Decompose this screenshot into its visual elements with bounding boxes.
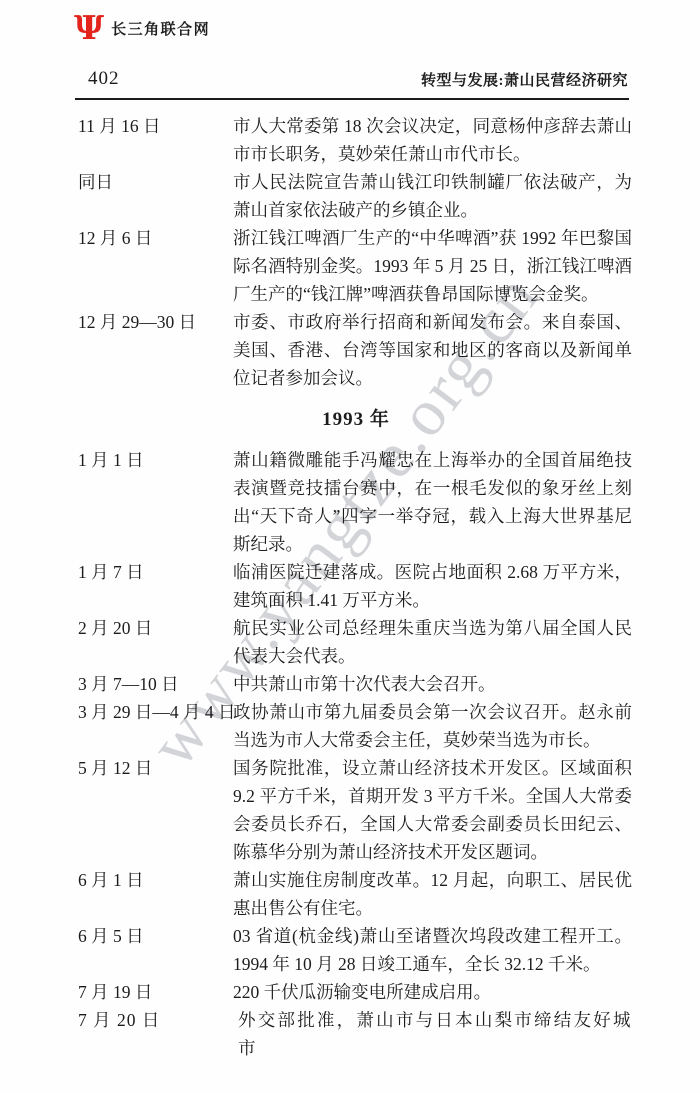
entry-date: 7 月 19 日 — [78, 978, 233, 1006]
chronicle-entry: 1 月 1 日 萧山籍微雕能手冯耀忠在上海举办的全国首届绝技表演暨竞技擂台赛中，… — [78, 446, 634, 558]
entry-date: 6 月 5 日 — [78, 922, 233, 950]
chronicle-entry: 12 月 29—30 日 市委、市政府举行招商和新闻发布会。来自泰国、美国、香港… — [78, 308, 634, 392]
entry-text: 市人民法院宣告萧山钱江印铁制罐厂依法破产，为萧山首家依法破产的乡镇企业。 — [233, 168, 632, 224]
entry-text: 市人大常委第 18 次会议决定，同意杨仲彦辞去萧山市市长职务，莫妙荣任萧山市代市… — [233, 112, 632, 168]
entry-text: 萧山实施住房制度改革。12 月起，向职工、居民优惠出售公有住宅。 — [233, 866, 632, 922]
entry-date: 3 月 29 日—4 月 4 日 — [78, 698, 233, 726]
header-rule — [75, 98, 629, 100]
entry-text: 航民实业公司总经理朱重庆当选为第八届全国人民代表大会代表。 — [233, 614, 632, 670]
chronicle-entry: 1 月 7 日 临浦医院迁建落成。医院占地面积 2.68 万平方米，建筑面积 1… — [78, 558, 634, 614]
entry-text: 外交部批准，萧山市与日本山梨市缔结友好城市 — [233, 1006, 632, 1062]
entry-text: 政协萧山市第九届委员会第一次会议召开。赵永前当选为市人大常委会主任，莫妙荣当选为… — [233, 698, 632, 754]
chronicle-entry: 2 月 20 日 航民实业公司总经理朱重庆当选为第八届全国人民代表大会代表。 — [78, 614, 634, 670]
chronicle-entry: 7 月 20 日 外交部批准，萧山市与日本山梨市缔结友好城市 — [78, 1006, 634, 1062]
chronicle-entry: 11 月 16 日 市人大常委第 18 次会议决定，同意杨仲彦辞去萧山市市长职务… — [78, 112, 634, 168]
entry-text: 浙江钱江啤酒厂生产的“中华啤酒”获 1992 年巴黎国际名酒特别金奖。1993 … — [233, 224, 632, 308]
entry-date: 7 月 20 日 — [78, 1006, 233, 1034]
entry-date: 2 月 20 日 — [78, 614, 233, 642]
entry-date: 1 月 1 日 — [78, 446, 233, 474]
running-head: 402 转型与发展:萧山民营经济研究 — [88, 62, 628, 90]
logo-label: 长三角联合网 — [111, 18, 210, 39]
entry-date: 12 月 6 日 — [78, 224, 233, 252]
entry-text: 萧山籍微雕能手冯耀忠在上海举办的全国首届绝技表演暨竞技擂台赛中，在一根毛发似的象… — [233, 446, 632, 558]
chronicle-entry: 6 月 5 日 03 省道(杭金线)萧山至诸暨次坞段改建工程开工。1994 年 … — [78, 922, 634, 978]
entry-text: 国务院批准，设立萧山经济技术开发区。区域面积 9.2 平方千米，首期开发 3 平… — [233, 754, 632, 866]
scanned-book-page: Ψ 长三角联合网 402 转型与发展:萧山民营经济研究 www.yangtze.… — [0, 0, 700, 1093]
year-heading: 1993 年 — [78, 406, 634, 434]
chronicle-content: 11 月 16 日 市人大常委第 18 次会议决定，同意杨仲彦辞去萧山市市长职务… — [78, 112, 634, 1062]
chronicle-entry: 5 月 12 日 国务院批准，设立萧山经济技术开发区。区域面积 9.2 平方千米… — [78, 754, 634, 866]
logo-psi-icon: Ψ — [74, 10, 104, 46]
chronicle-entry: 12 月 6 日 浙江钱江啤酒厂生产的“中华啤酒”获 1992 年巴黎国际名酒特… — [78, 224, 634, 308]
book-title: 转型与发展:萧山民营经济研究 — [421, 69, 628, 90]
entry-text: 220 千伏瓜沥输变电所建成启用。 — [233, 978, 632, 1006]
chronicle-entry: 6 月 1 日 萧山实施住房制度改革。12 月起，向职工、居民优惠出售公有住宅。 — [78, 866, 634, 922]
site-logo[interactable]: Ψ 长三角联合网 — [74, 10, 210, 46]
entry-text: 市委、市政府举行招商和新闻发布会。来自泰国、美国、香港、台湾等国家和地区的客商以… — [233, 308, 632, 392]
entry-date: 1 月 7 日 — [78, 558, 233, 586]
entry-date: 同日 — [78, 168, 233, 196]
chronicle-entry: 同日 市人民法院宣告萧山钱江印铁制罐厂依法破产，为萧山首家依法破产的乡镇企业。 — [78, 168, 634, 224]
entry-text: 临浦医院迁建落成。医院占地面积 2.68 万平方米，建筑面积 1.41 万平方米… — [233, 558, 632, 614]
entry-date: 6 月 1 日 — [78, 866, 233, 894]
chronicle-entry: 7 月 19 日 220 千伏瓜沥输变电所建成启用。 — [78, 978, 634, 1006]
chronicle-entry: 3 月 29 日—4 月 4 日 政协萧山市第九届委员会第一次会议召开。赵永前当… — [78, 698, 634, 754]
page-number: 402 — [88, 68, 120, 90]
entry-date: 12 月 29—30 日 — [78, 308, 233, 336]
chronicle-entry: 3 月 7—10 日 中共萧山市第十次代表大会召开。 — [78, 670, 634, 698]
entry-date: 5 月 12 日 — [78, 754, 233, 782]
entry-date: 11 月 16 日 — [78, 112, 233, 140]
entry-text: 03 省道(杭金线)萧山至诸暨次坞段改建工程开工。1994 年 10 月 28 … — [233, 922, 632, 978]
entry-date: 3 月 7—10 日 — [78, 670, 233, 698]
entry-text: 中共萧山市第十次代表大会召开。 — [233, 670, 632, 698]
